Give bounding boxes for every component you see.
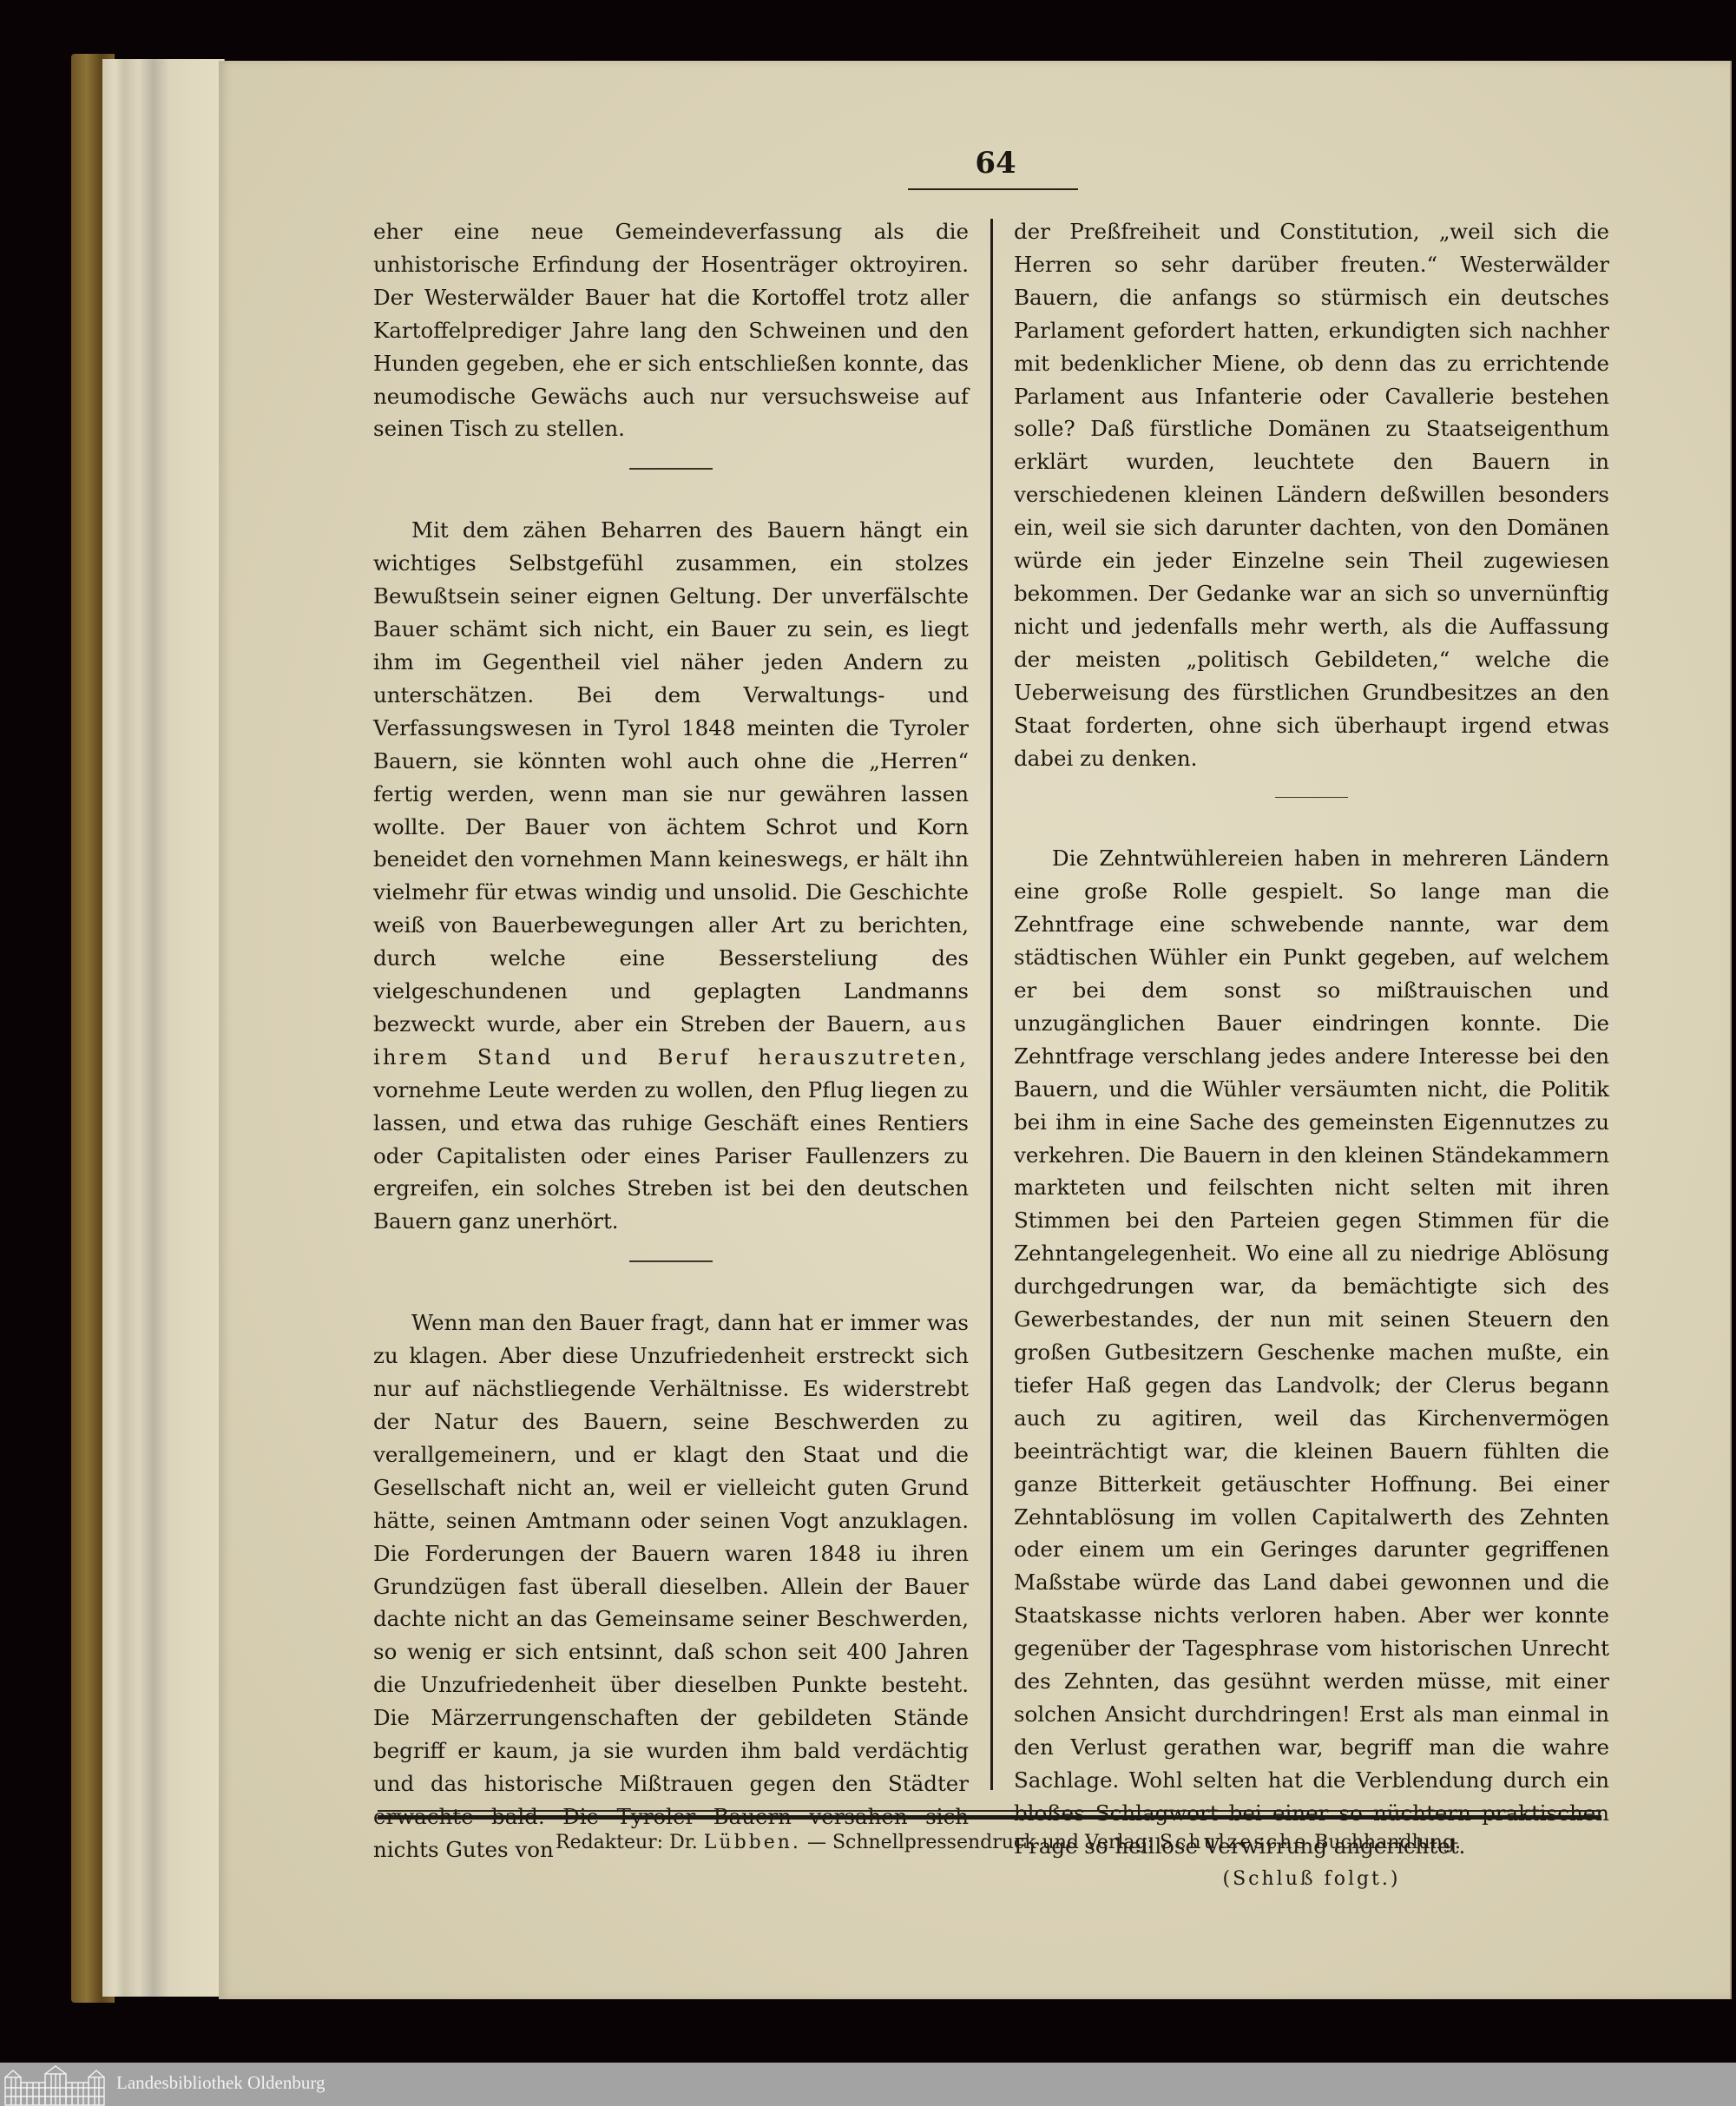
editor-label: Redakteur: Dr.: [556, 1832, 698, 1853]
footer-rule-thick: [378, 1815, 1601, 1820]
page-edge: [1730, 61, 1732, 1999]
paragraph: Die Zehntwühlereien haben in mehreren Lä…: [1014, 842, 1609, 1862]
page-number-rule: [908, 188, 1078, 190]
page-stack-edges: [102, 59, 225, 1997]
paragraph: Wenn man den Bauer fragt, dann hat er im…: [373, 1306, 969, 1866]
continuation-note: (Schluß folgt.): [1014, 1863, 1609, 1896]
library-building-icon: [3, 2065, 106, 2106]
editor-name: Lübben.: [704, 1832, 801, 1853]
page-number: 64: [970, 146, 1022, 181]
footer-rule: [378, 1810, 1601, 1812]
section-separator: [629, 468, 713, 470]
paragraph-text: Mit dem zähen Beharren des Bauern hängt …: [373, 517, 969, 1037]
library-name: Landesbibliothek Oldenburg: [116, 2072, 325, 2094]
left-column: eher eine neue Gemeindeverfassung als di…: [373, 215, 969, 1866]
printer-label: Schnellpressendruck und Verlag:: [832, 1832, 1154, 1853]
paragraph: Mit dem zähen Beharren des Bauern hängt …: [373, 514, 969, 1238]
imprint-dash: —: [807, 1832, 826, 1853]
section-separator: [629, 1260, 713, 1262]
column-divider: [990, 219, 993, 1790]
paragraph: eher eine neue Gemeindeverfassung als di…: [373, 215, 969, 445]
right-column: der Preßfreiheit und Constitution, „weil…: [1014, 215, 1609, 1895]
paragraph-text: vornehme Leute werden zu wollen, den Pfl…: [373, 1077, 969, 1234]
publisher-suffix: Buchhandlung.: [1314, 1832, 1461, 1853]
imprint: Redakteur: Dr. Lübben. — Schnellpressend…: [556, 1832, 1450, 1853]
publisher-name: Schulzesche: [1160, 1832, 1308, 1853]
paragraph: der Preßfreiheit und Constitution, „weil…: [1014, 215, 1609, 774]
section-separator: [1275, 797, 1348, 798]
